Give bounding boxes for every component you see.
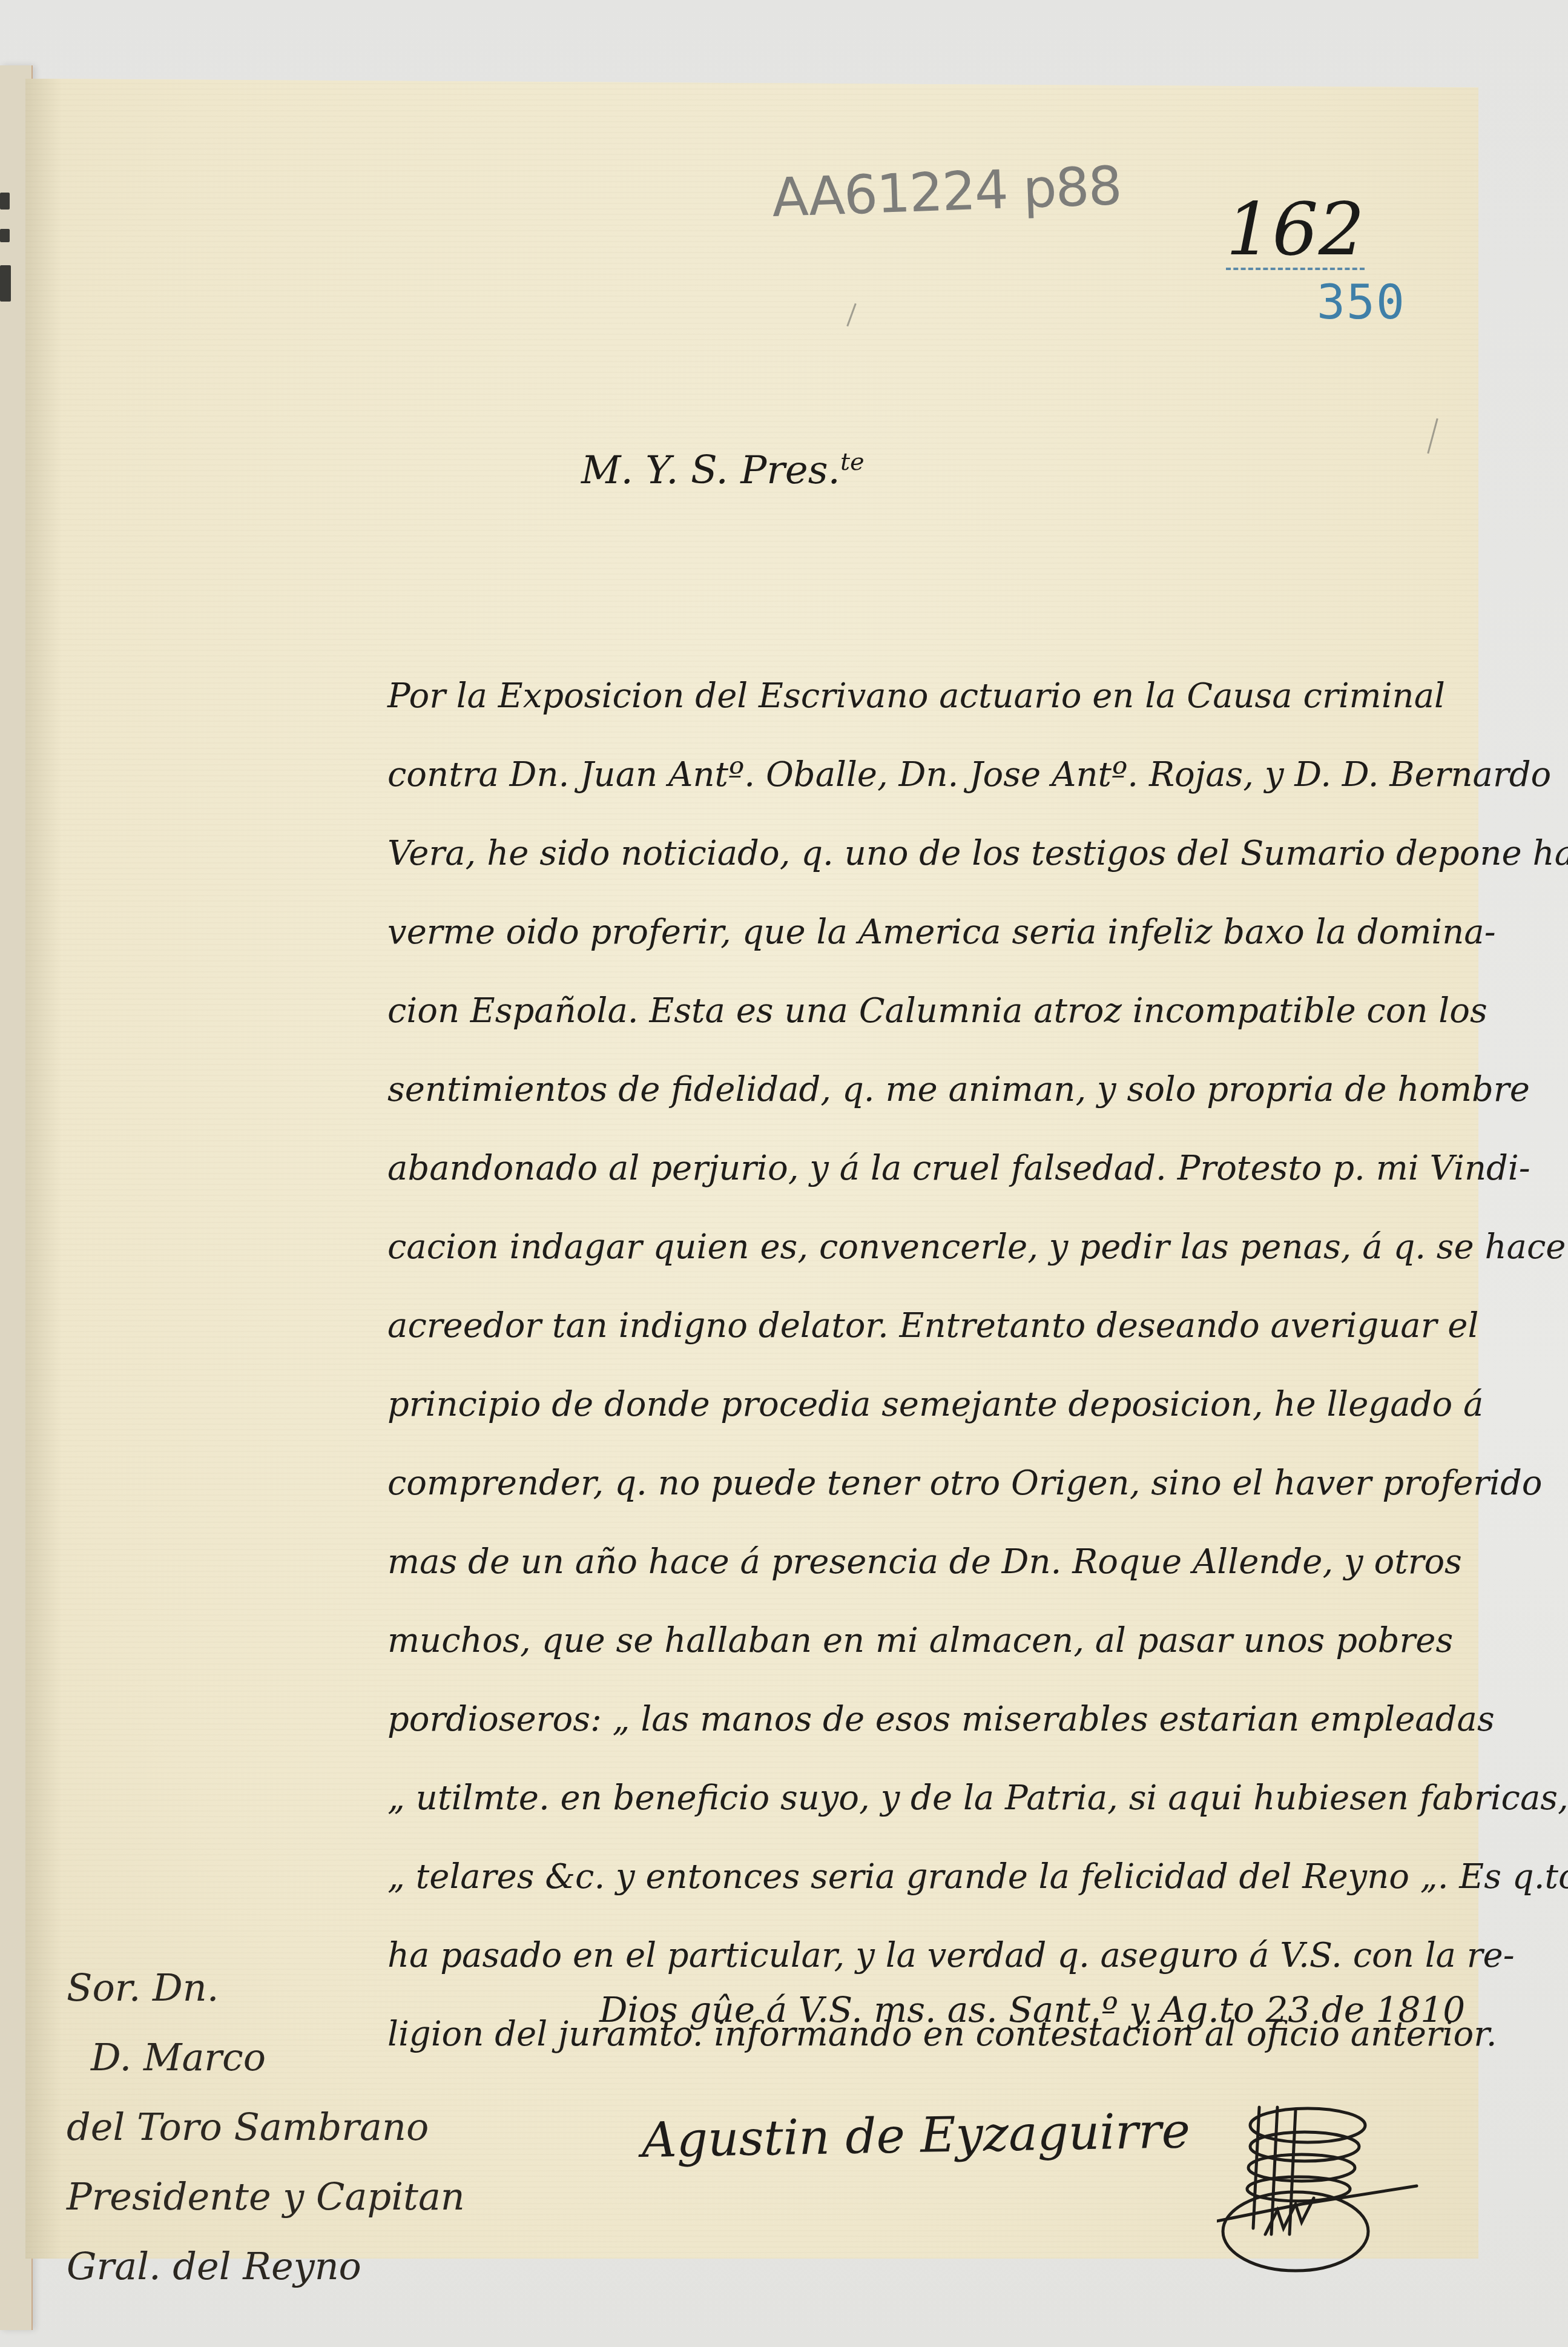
margin-line: Sor. Dn. bbox=[67, 1953, 465, 2022]
body-line: pordioseros: „ las manos de esos miserab… bbox=[387, 1680, 1501, 1759]
body-line: cacion indagar quien es, convencerle, y … bbox=[387, 1208, 1501, 1287]
rubric-flourish-icon bbox=[1217, 2083, 1483, 2277]
body-line: principio de donde procedia semejante de… bbox=[387, 1365, 1501, 1444]
body-line: contra Dn. Juan Antº. Oballe, Dn. Jose A… bbox=[387, 736, 1501, 814]
body-line: cion Española. Esta es una Calumnia atro… bbox=[387, 972, 1501, 1051]
margin-line: D. Marco bbox=[67, 2022, 465, 2092]
salutation-text: M. Y. S. Pres. bbox=[581, 448, 840, 493]
body-line: Vera, he sido noticiado, q. uno de los t… bbox=[387, 814, 1501, 893]
archive-reference: AA61224 p88 bbox=[771, 154, 1122, 229]
ink-mark bbox=[0, 193, 10, 210]
signature: Agustin de Eyzaguirre bbox=[641, 2102, 1190, 2168]
margin-line: Presidente y Capitan bbox=[67, 2162, 465, 2231]
body-line: muchos, que se hallaban en mi almacen, a… bbox=[387, 1602, 1501, 1680]
letter-body: Por la Exposicion del Escrivano actuario… bbox=[387, 657, 1501, 2074]
body-line: sentimientos de fidelidad, q. me animan,… bbox=[387, 1051, 1501, 1129]
body-line: „ utilmte. en beneficio suyo, y de la Pa… bbox=[387, 1759, 1501, 1838]
body-line: Por la Exposicion del Escrivano actuario… bbox=[387, 657, 1501, 736]
margin-line: del Toro Sambrano bbox=[67, 2092, 465, 2162]
closing-formula: Dios gûe á V.S. ms. as. Sant.º y Ag.to 2… bbox=[599, 1989, 1465, 2030]
body-line: abandonado al perjurio, y á la cruel fal… bbox=[387, 1129, 1501, 1208]
salutation: M. Y. S. Pres.te bbox=[581, 448, 865, 493]
body-line: ha pasado en el particular, y la verdad … bbox=[387, 1916, 1501, 1995]
gutter-shadow bbox=[25, 79, 62, 2259]
body-line: verme oido proferir, que la America seri… bbox=[387, 893, 1501, 972]
salutation-superscript: te bbox=[840, 448, 865, 476]
margin-line: Gral. del Reyno bbox=[67, 2231, 465, 2301]
ink-mark bbox=[0, 229, 10, 242]
body-line: mas de un año hace á presencia de Dn. Ro… bbox=[387, 1523, 1501, 1602]
body-line: „ telares &c. y entonces seria grande la… bbox=[387, 1838, 1501, 1916]
ink-mark bbox=[0, 265, 11, 302]
folio-stamp: 350 bbox=[1317, 276, 1406, 330]
body-line: comprender, q. no puede tener otro Orige… bbox=[387, 1444, 1501, 1523]
body-line: acreedor tan indigno delator. Entretanto… bbox=[387, 1287, 1501, 1365]
margin-address: Sor. Dn. D. Marco del Toro Sambrano Pres… bbox=[67, 1953, 465, 2301]
folio-number: 162 bbox=[1226, 194, 1365, 270]
